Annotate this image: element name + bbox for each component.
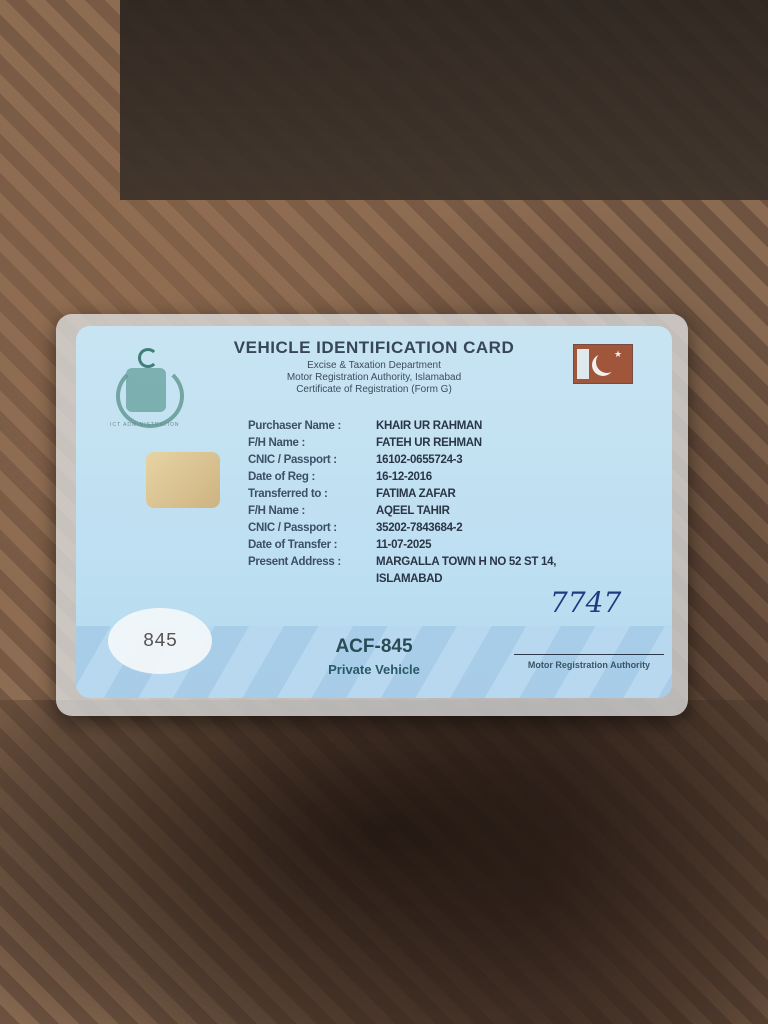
vehicle-identification-card: ICT ADMINISTRATION VEHICLE IDENTIFICATIO… bbox=[76, 326, 672, 698]
signature-line bbox=[514, 654, 664, 655]
field-value: FATIMA ZAFAR bbox=[376, 488, 636, 505]
field-label: CNIC / Passport : bbox=[248, 454, 376, 471]
smart-chip-icon bbox=[146, 452, 220, 508]
field-value: MARGALLA TOWN H NO 52 ST 14, bbox=[376, 556, 636, 573]
field-row: CNIC / Passport :35202-7843684-2 bbox=[248, 522, 636, 539]
field-label: Date of Reg : bbox=[248, 471, 376, 488]
field-row: CNIC / Passport :16102-0655724-3 bbox=[248, 454, 636, 471]
field-value: FATEH UR REHMAN bbox=[376, 437, 636, 454]
background-shadow bbox=[0, 700, 768, 1024]
field-row: F/H Name :AQEEL TAHIR bbox=[248, 505, 636, 522]
emblem-caption: ICT ADMINISTRATION bbox=[110, 422, 179, 428]
field-value: AQEEL TAHIR bbox=[376, 505, 636, 522]
field-label: Present Address : bbox=[248, 556, 376, 573]
field-row: Present Address :MARGALLA TOWN H NO 52 S… bbox=[248, 556, 636, 573]
field-row: Transferred to :FATIMA ZAFAR bbox=[248, 488, 636, 505]
signature: 7747 bbox=[550, 586, 621, 619]
certificate-line: Certificate of Registration (Form G) bbox=[76, 384, 672, 395]
field-label: Transferred to : bbox=[248, 488, 376, 505]
field-value: 11-07-2025 bbox=[376, 539, 636, 556]
background-furniture bbox=[120, 0, 768, 200]
registration-fields: Purchaser Name :KHAIR UR RAHMANF/H Name … bbox=[248, 420, 636, 590]
field-value: 35202-7843684-2 bbox=[376, 522, 636, 539]
field-value: 16-12-2016 bbox=[376, 471, 636, 488]
field-row: Date of Transfer :11-07-2025 bbox=[248, 539, 636, 556]
field-label bbox=[248, 573, 376, 590]
field-value: KHAIR UR RAHMAN bbox=[376, 420, 636, 437]
field-row: Date of Reg :16-12-2016 bbox=[248, 471, 636, 488]
signatory: Motor Registration Authority bbox=[514, 660, 664, 670]
field-label: F/H Name : bbox=[248, 437, 376, 454]
field-value: 16102-0655724-3 bbox=[376, 454, 636, 471]
field-row: F/H Name :FATEH UR REHMAN bbox=[248, 437, 636, 454]
pakistan-flag-icon: ★ bbox=[573, 344, 633, 384]
field-label: Date of Transfer : bbox=[248, 539, 376, 556]
field-row: Purchaser Name :KHAIR UR RAHMAN bbox=[248, 420, 636, 437]
field-label: F/H Name : bbox=[248, 505, 376, 522]
field-label: CNIC / Passport : bbox=[248, 522, 376, 539]
field-label: Purchaser Name : bbox=[248, 420, 376, 437]
